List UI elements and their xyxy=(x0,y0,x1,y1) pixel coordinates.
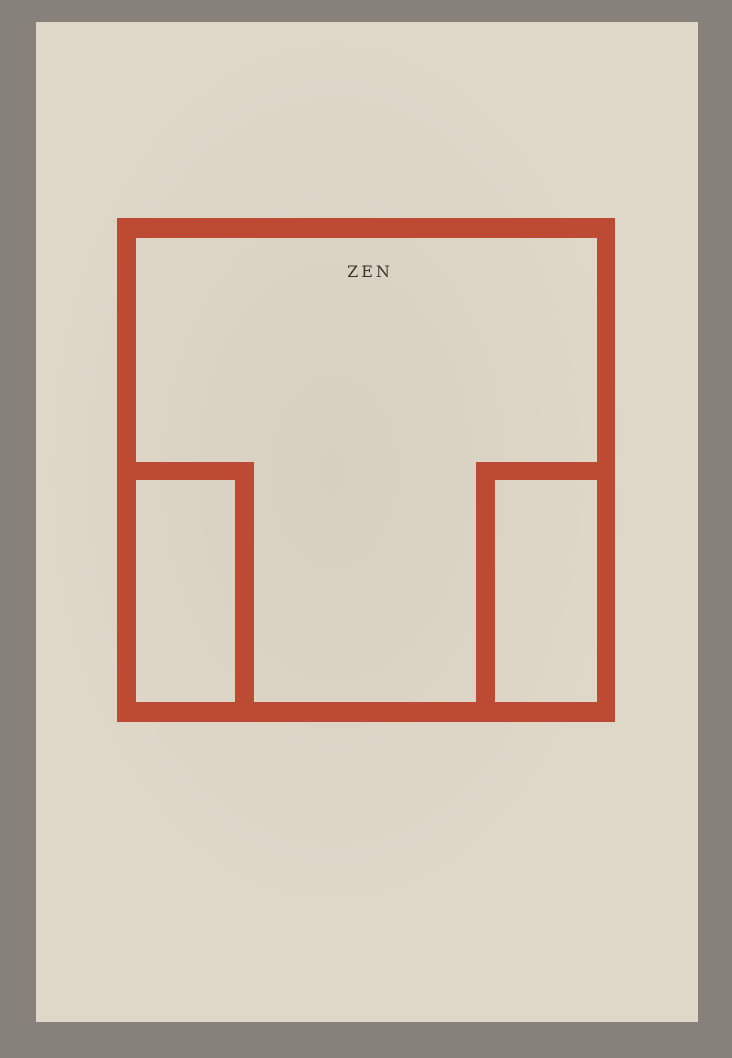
frame-left-notch-vertical xyxy=(235,462,254,722)
frame-right-notch-vertical xyxy=(476,462,495,722)
frame-right-notch-horizontal xyxy=(476,462,615,480)
emblem-title: ZEN xyxy=(300,262,440,281)
frame-top-bar xyxy=(117,218,615,238)
frame-bottom-bar xyxy=(117,702,615,722)
frame-left-notch-horizontal xyxy=(117,462,254,480)
